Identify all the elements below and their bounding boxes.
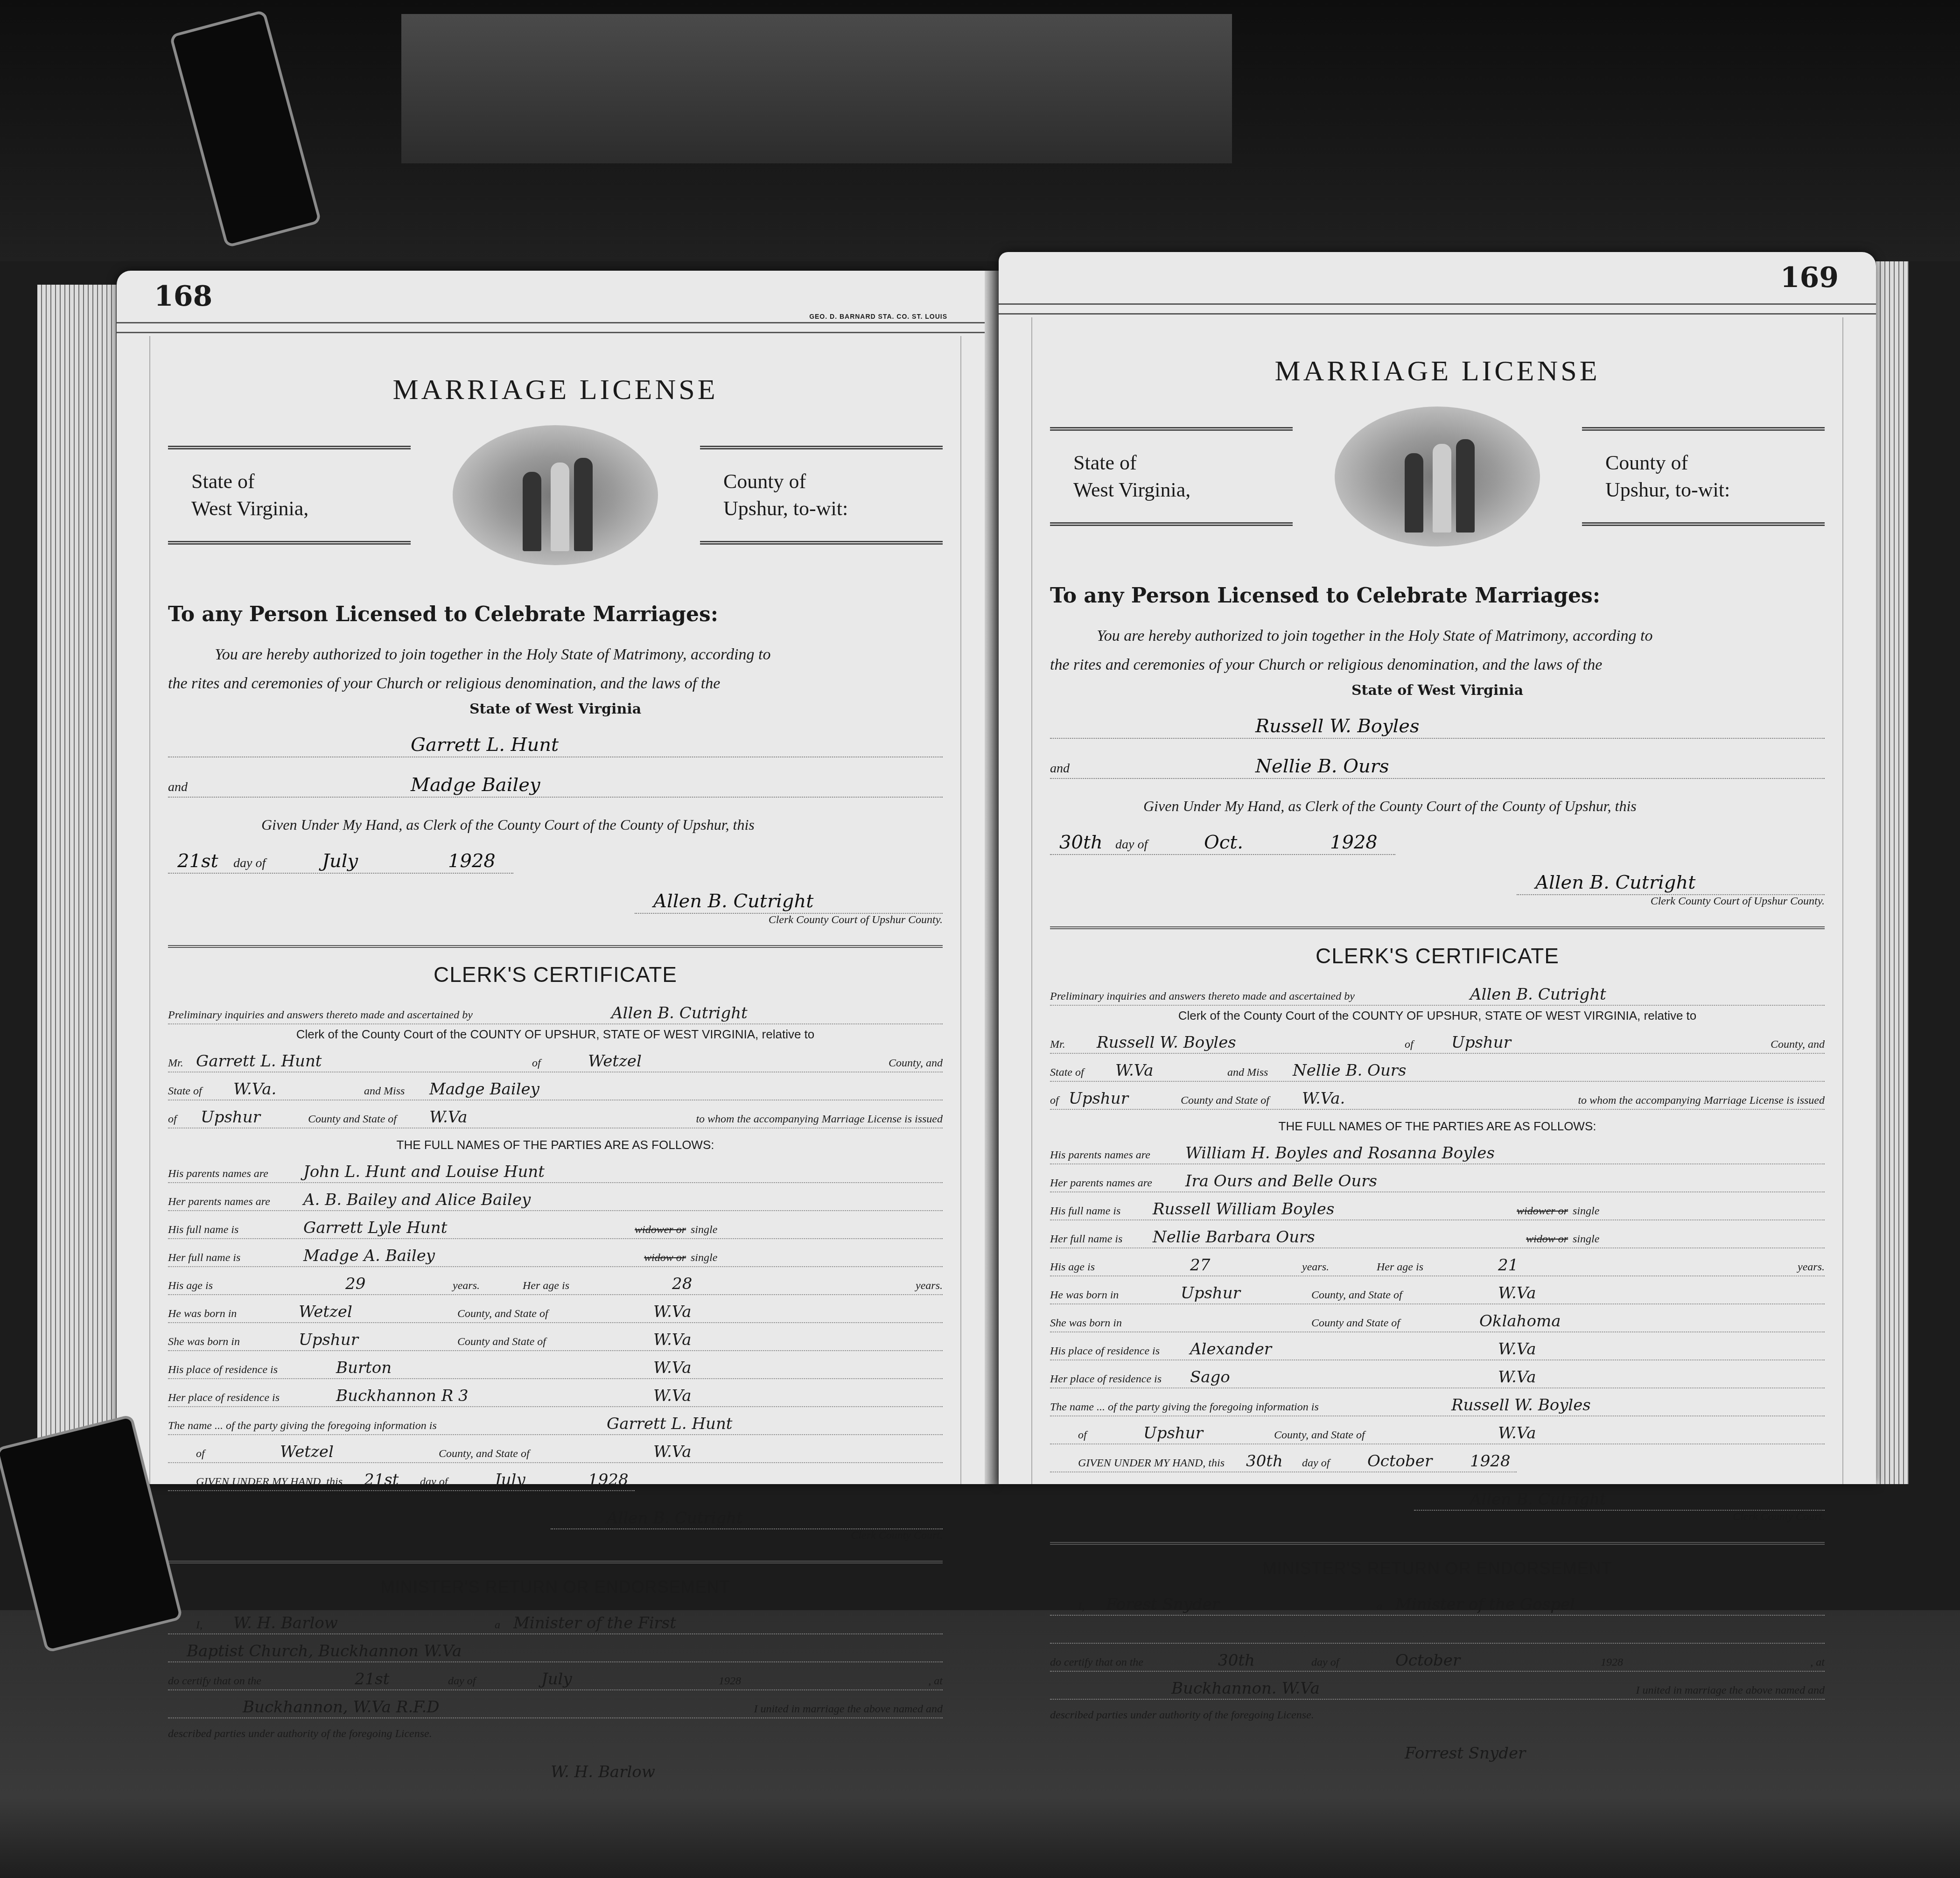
groom-name: Garrett L. Hunt	[411, 734, 559, 756]
license-clerk-signature-line: Allen B. Cutright	[635, 880, 943, 914]
minister-signature: W. H. Barlow	[551, 1763, 655, 1781]
county-block: County of Upshur, to-wit:	[1582, 427, 1825, 526]
page-number: 169	[1780, 261, 1839, 294]
clerk-signature: Allen B. Cutright	[653, 890, 813, 912]
wedding-engraving	[453, 425, 658, 565]
ministers-return-title: MINISTER'S RETURN OR ENDORSEMENT	[168, 1577, 943, 1597]
authorization-text: You are hereby authorized to join togeth…	[1050, 622, 1825, 680]
page-content: MARRIAGE LICENSE State of West Virginia,…	[1050, 327, 1825, 1764]
header-rule	[999, 303, 1876, 315]
addressee-heading: To any Person Licensed to Celebrate Marr…	[168, 603, 943, 626]
license-title: MARRIAGE LICENSE	[1050, 355, 1825, 388]
license-banner: State of West Virginia, County of Upshur…	[1050, 406, 1825, 547]
clerk-signature: Allen B. Cutright	[1535, 872, 1695, 893]
bride-name: Nellie B. Ours	[1255, 756, 1389, 777]
given-under-hand: Given Under My Hand, as Clerk of the Cou…	[1050, 798, 1825, 815]
minister-signature: Forrest Snyder	[1405, 1744, 1526, 1763]
groom-line: Russell W. Boyles	[1050, 705, 1825, 739]
wedding-engraving	[1335, 406, 1540, 547]
addressee-heading: To any Person Licensed to Celebrate Marr…	[1050, 584, 1825, 608]
bride-line: and Nellie B. Ours	[1050, 745, 1825, 779]
page-number: 168	[154, 280, 212, 313]
ministers-return-title: MINISTER'S RETURN OR ENDORSEMENT	[1050, 1559, 1825, 1578]
license-date-line: 21st day of July 1928	[168, 840, 513, 874]
minister-name: Forest Snyder	[1106, 1595, 1219, 1614]
minister-name: W. H. Barlow	[233, 1614, 338, 1633]
page-content: MARRIAGE LICENSE State of West Virginia,…	[168, 345, 943, 1782]
ledger-page-168: 168 GEO. D. BARNARD STA. CO. ST. LOUIS M…	[117, 271, 994, 1484]
license-clerk-signature-line: Allen B. Cutright	[1517, 862, 1825, 895]
clerks-certificate-title: CLERK'S CERTIFICATE	[1050, 943, 1825, 968]
state-block: State of West Virginia,	[168, 446, 411, 545]
background-card	[401, 14, 1232, 163]
groom-name: Russell W. Boyles	[1255, 715, 1420, 737]
license-banner: State of West Virginia, County of Upshur…	[168, 425, 943, 565]
county-block: County of Upshur, to-wit:	[700, 446, 943, 545]
header-rule	[117, 322, 994, 333]
state-block: State of West Virginia,	[1050, 427, 1293, 526]
given-under-hand: Given Under My Hand, as Clerk of the Cou…	[168, 816, 943, 834]
ledger-page-169: 169 MARRIAGE LICENSE State of West Virgi…	[999, 252, 1876, 1484]
license-title: MARRIAGE LICENSE	[168, 373, 943, 406]
bride-name: Madge Bailey	[411, 774, 540, 796]
license-date-line: 30th day of Oct. 1928	[1050, 821, 1395, 855]
printer-imprint: GEO. D. BARNARD STA. CO. ST. LOUIS	[809, 313, 947, 320]
groom-line: Garrett L. Hunt	[168, 724, 943, 757]
bride-line: and Madge Bailey	[168, 764, 943, 798]
authorization-text: You are hereby authorized to join togeth…	[168, 640, 943, 698]
clerks-certificate-title: CLERK'S CERTIFICATE	[168, 962, 943, 987]
